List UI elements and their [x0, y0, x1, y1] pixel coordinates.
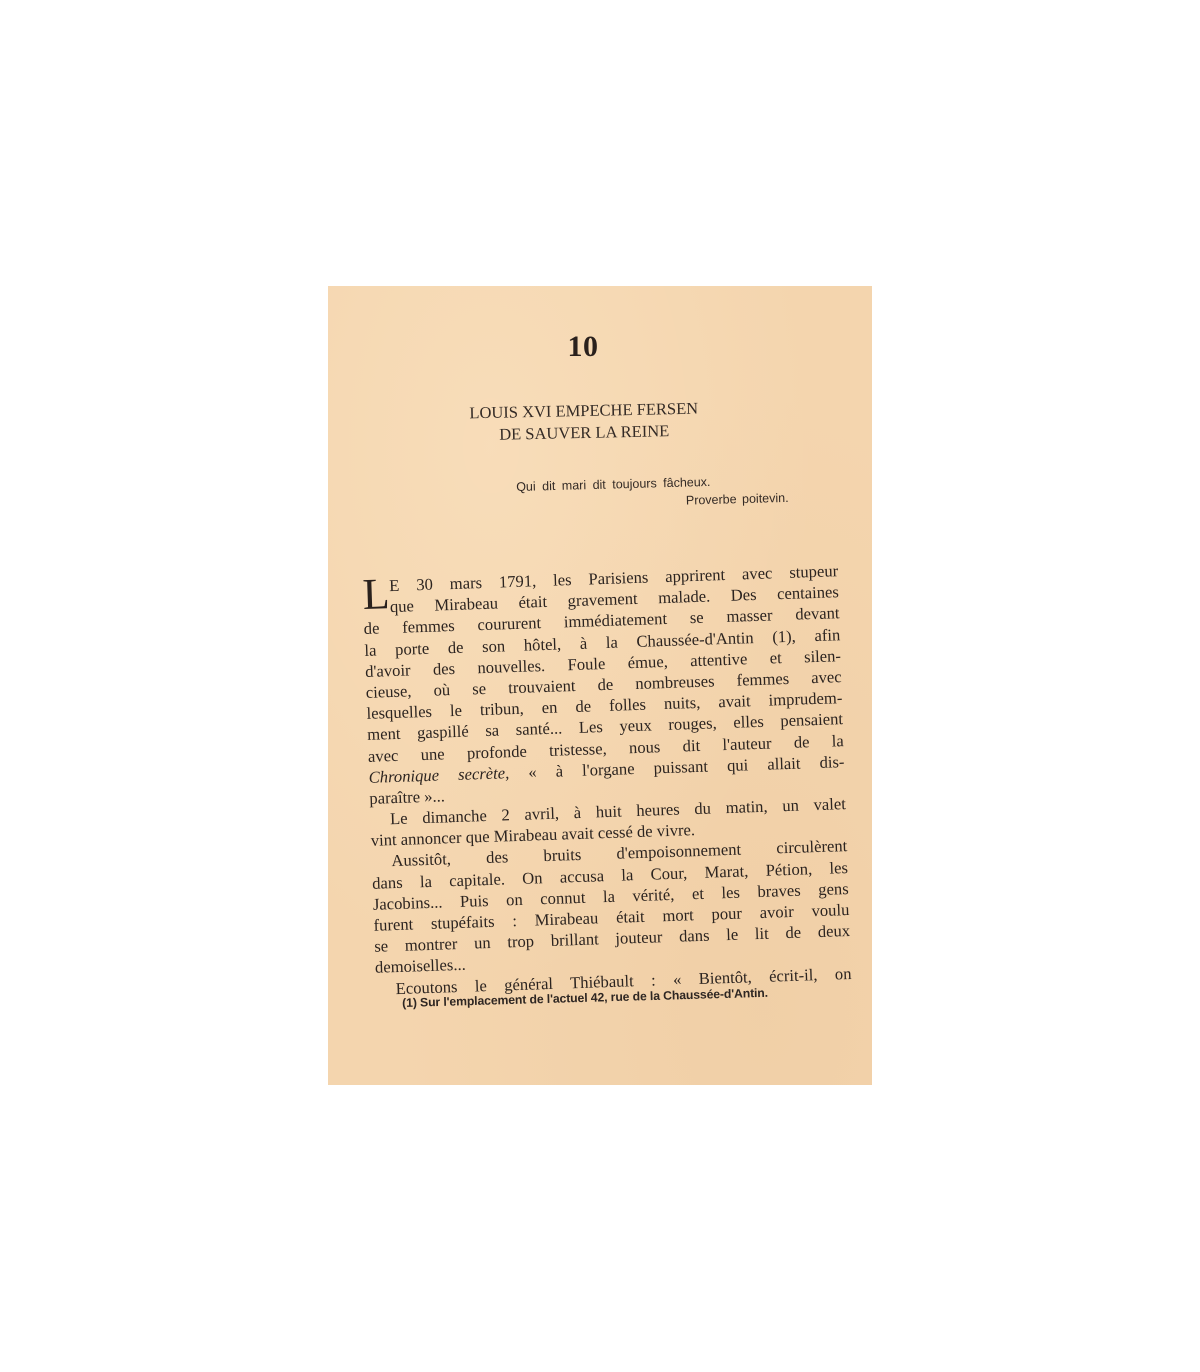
- drop-cap: L: [362, 579, 390, 610]
- body-text: L E 30 mars 1791, les Parisiens appriren…: [362, 560, 852, 999]
- chapter-title: LOUIS XVI EMPECHE FERSEN DE SAUVER LA RE…: [328, 395, 841, 450]
- italic-book-title: Chronique secrète,: [368, 763, 509, 787]
- epigraph: Qui dit mari dit toujours fâcheux. Prove…: [516, 471, 797, 514]
- chapter-number: 10: [328, 330, 838, 364]
- book-page: 10 LOUIS XVI EMPECHE FERSEN DE SAUVER LA…: [328, 286, 872, 1085]
